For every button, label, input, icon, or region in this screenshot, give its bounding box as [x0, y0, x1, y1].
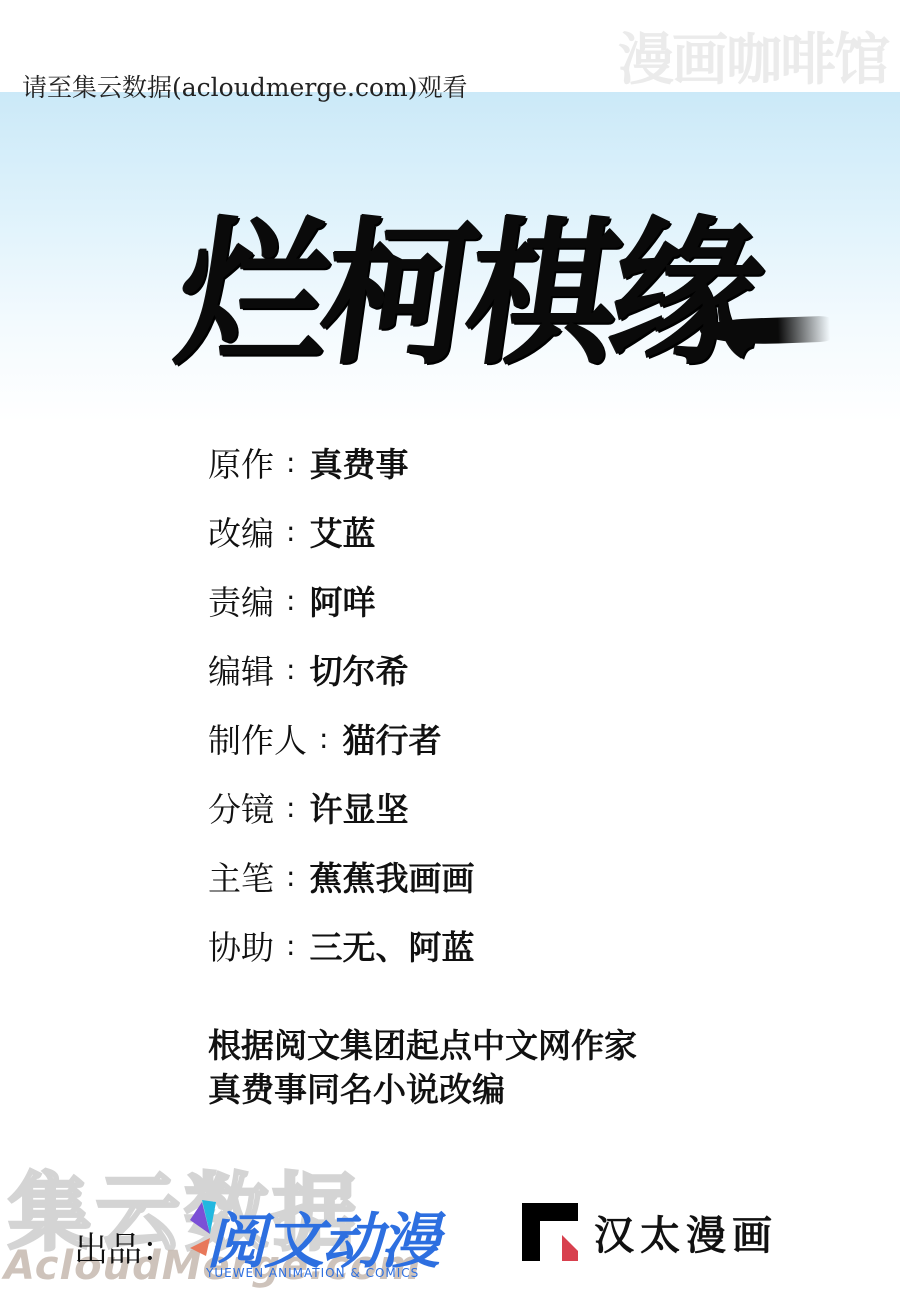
credit-row-responsible-editor: 责编 : 阿咩 [208, 566, 474, 635]
credit-value: 蕉蕉我画画 [309, 853, 474, 900]
yuewen-logo-subtitle: YUEWEN ANIMATION & COMICS [206, 1266, 419, 1280]
credit-value: 切尔希 [309, 646, 408, 693]
credit-label: 原作 [208, 439, 274, 486]
source-note: 根据阅文集团起点中文网作家 真费事同名小说改编 [208, 1024, 637, 1112]
credit-label: 编辑 [208, 646, 274, 693]
credit-label: 制作人 [208, 715, 307, 762]
credit-separator: : [286, 791, 295, 824]
credit-separator: : [286, 584, 295, 617]
credit-label: 改编 [208, 508, 274, 555]
credit-separator: : [319, 722, 328, 755]
comic-title-calligraphy: 烂柯棋缘 [85, 170, 856, 391]
source-note-line-1: 根据阅文集团起点中文网作家 [208, 1024, 637, 1068]
credit-separator: : [286, 653, 295, 686]
credit-row-original-author: 原作 : 真费事 [208, 428, 474, 497]
credit-row-storyboard: 分镜 : 许显坚 [208, 773, 474, 842]
hantai-logo: 汉太漫画 [522, 1202, 778, 1262]
hantai-logo-text: 汉太漫画 [594, 1204, 778, 1261]
credit-separator: : [286, 860, 295, 893]
credit-separator: : [286, 929, 295, 962]
publisher-label: 出品： [74, 1222, 176, 1271]
yuewen-logo: 阅文动漫 YUEWEN ANIMATION & COMICS [188, 1190, 458, 1286]
credit-value: 艾蓝 [309, 508, 375, 555]
credit-value: 真费事 [309, 439, 408, 486]
credits-list: 原作 : 真费事 改编 : 艾蓝 责编 : 阿咩 编辑 : 切尔希 制作人 : … [208, 428, 474, 980]
credit-label: 主笔 [208, 853, 274, 900]
hantai-mark-icon [522, 1203, 580, 1261]
credit-separator: : [286, 515, 295, 548]
watermark-top-right: 漫画咖啡馆 [618, 16, 888, 96]
credit-label: 协助 [208, 922, 274, 969]
credit-row-editor: 编辑 : 切尔希 [208, 635, 474, 704]
credit-separator: : [286, 446, 295, 479]
credit-value: 猫行者 [342, 715, 441, 762]
credit-value: 许显坚 [309, 784, 408, 831]
credit-value: 阿咩 [309, 577, 375, 624]
credit-row-lead-artist: 主笔 : 蕉蕉我画画 [208, 842, 474, 911]
credit-row-adaptation: 改编 : 艾蓝 [208, 497, 474, 566]
credit-label: 分镜 [208, 784, 274, 831]
notice-text: 请至集云数据(acloudmerge.com)观看 [22, 68, 468, 104]
credit-row-producer: 制作人 : 猫行者 [208, 704, 474, 773]
source-note-line-2: 真费事同名小说改编 [208, 1068, 637, 1112]
credit-label: 责编 [208, 577, 274, 624]
credit-row-assistants: 协助 : 三无、阿蓝 [208, 911, 474, 980]
credit-value: 三无、阿蓝 [309, 922, 474, 969]
